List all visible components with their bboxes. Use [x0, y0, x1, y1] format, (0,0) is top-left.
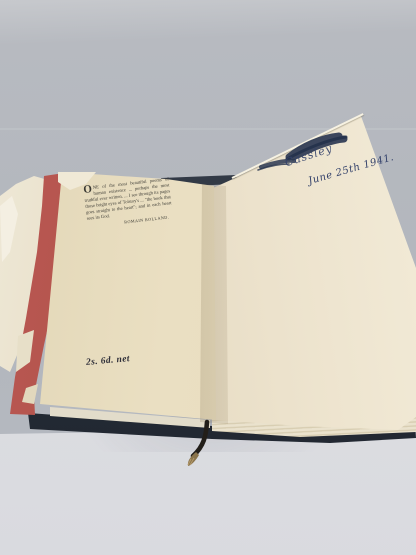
book-photo-scene: Cassley June 25th 1941. ONE of the most … — [0, 0, 416, 555]
bookmark-ribbon — [175, 416, 235, 476]
